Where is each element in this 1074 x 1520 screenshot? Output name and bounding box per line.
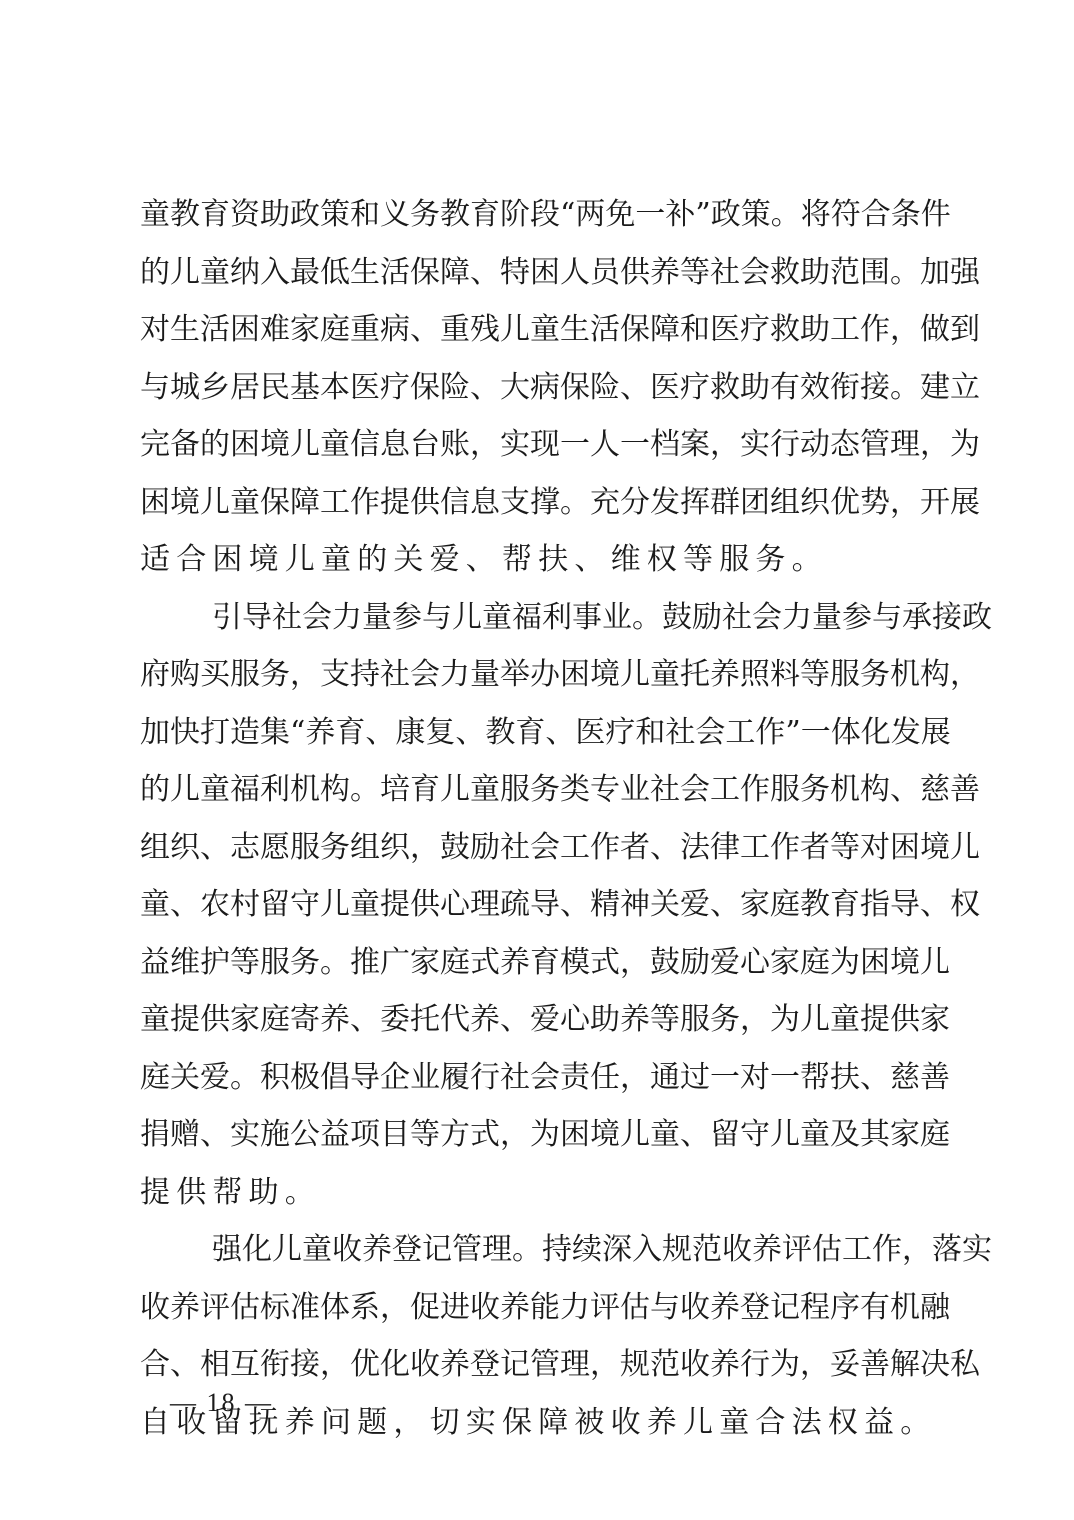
text-line: 捐赠、实施公益项目等方式，为困境儿童、留守儿童及其家庭 xyxy=(140,1106,940,1164)
text-line: 童、农村留守儿童提供心理疏导、精神关爱、家庭教育指导、权 xyxy=(140,876,940,934)
text-line: 庭关爱。积极倡导企业履行社会责任，通过一对一帮扶、慈善 xyxy=(140,1049,940,1107)
text-line: 合、相互衔接，优化收养登记管理，规范收养行为，妥善解决私 xyxy=(140,1336,940,1394)
paragraph-first-line: 强化儿童收养登记管理。持续深入规范收养评估工作，落实 xyxy=(140,1221,940,1279)
text-line: 的儿童纳入最低生活保障、特困人员供养等社会救助范围。加强 xyxy=(140,244,940,302)
text-line: 加快打造集“养育、康复、教育、医疗和社会工作”一体化发展 xyxy=(140,704,940,762)
text-line: 收养评估标准体系，促进收养能力评估与收养登记程序有机融 xyxy=(140,1279,940,1337)
text-line: 困境儿童保障工作提供信息支撑。充分发挥群团组织优势，开展 xyxy=(140,474,940,532)
text-line: 提供帮助。 xyxy=(140,1164,940,1222)
body-text: 童教育资助政策和义务教育阶段“两免一补”政策。将符合条件 的儿童纳入最低生活保障… xyxy=(140,186,940,1451)
text-line: 完备的困境儿童信息台账，实现一人一档案，实行动态管理，为 xyxy=(140,416,940,474)
text-line: 益维护等服务。推广家庭式养育模式，鼓励爱心家庭为困境儿 xyxy=(140,934,940,992)
document-page: 童教育资助政策和义务教育阶段“两免一补”政策。将符合条件 的儿童纳入最低生活保障… xyxy=(0,0,1074,1520)
paragraph-first-line: 引导社会力量参与儿童福利事业。鼓励社会力量参与承接政 xyxy=(140,589,940,647)
text-line: 府购买服务，支持社会力量举办困境儿童托养照料等服务机构， xyxy=(140,646,940,704)
text-line: 对生活困难家庭重病、重残儿童生活保障和医疗救助工作，做到 xyxy=(140,301,940,359)
text-line: 童教育资助政策和义务教育阶段“两免一补”政策。将符合条件 xyxy=(140,186,940,244)
text-line: 组织、志愿服务组织，鼓励社会工作者、法律工作者等对困境儿 xyxy=(140,819,940,877)
text-line: 的儿童福利机构。培育儿童服务类专业社会工作服务机构、慈善 xyxy=(140,761,940,819)
page-number: — 18 — xyxy=(170,1388,273,1418)
text-line: 与城乡居民基本医疗保险、大病保险、医疗救助有效衔接。建立 xyxy=(140,359,940,417)
text-line: 童提供家庭寄养、委托代养、爱心助养等服务，为儿童提供家 xyxy=(140,991,940,1049)
text-line: 适合困境儿童的关爱、帮扶、维权等服务。 xyxy=(140,531,940,589)
